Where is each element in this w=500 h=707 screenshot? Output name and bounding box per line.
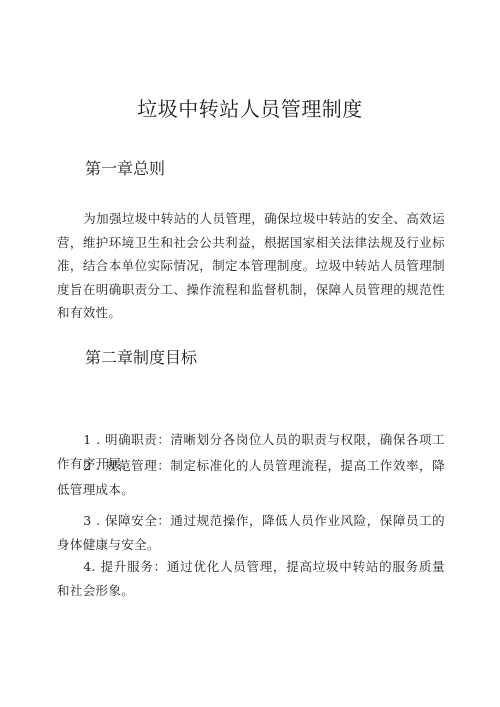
chapter-1-heading: 第一章总则	[85, 158, 165, 180]
document-page: 垃圾中转站人员管理制度 第一章总则 为加强垃圾中转站的人员管理，确保垃圾中转站的…	[0, 0, 500, 707]
document-title: 垃圾中转站人员管理制度	[0, 95, 500, 123]
chapter-1-paragraph: 为加强垃圾中转站的人员管理，确保垃圾中转站的安全、高效运营，维护环境卫生和社会公…	[57, 207, 445, 325]
goal-item-standardize-management: 2 . 规范管理：制定标准化的人员管理流程，提高工作效率，降低管理成本。	[57, 454, 445, 501]
chapter-2-heading: 第二章制度目标	[85, 347, 197, 369]
goal-item-ensure-safety: 3 . 保障安全：通过规范操作，降低人员作业风险，保障员工的身体健康与安全。	[57, 509, 445, 556]
goal-item-improve-service: 4. 提升服务：通过优化人员管理，提高垃圾中转站的服务质量和社会形象。	[57, 555, 445, 602]
